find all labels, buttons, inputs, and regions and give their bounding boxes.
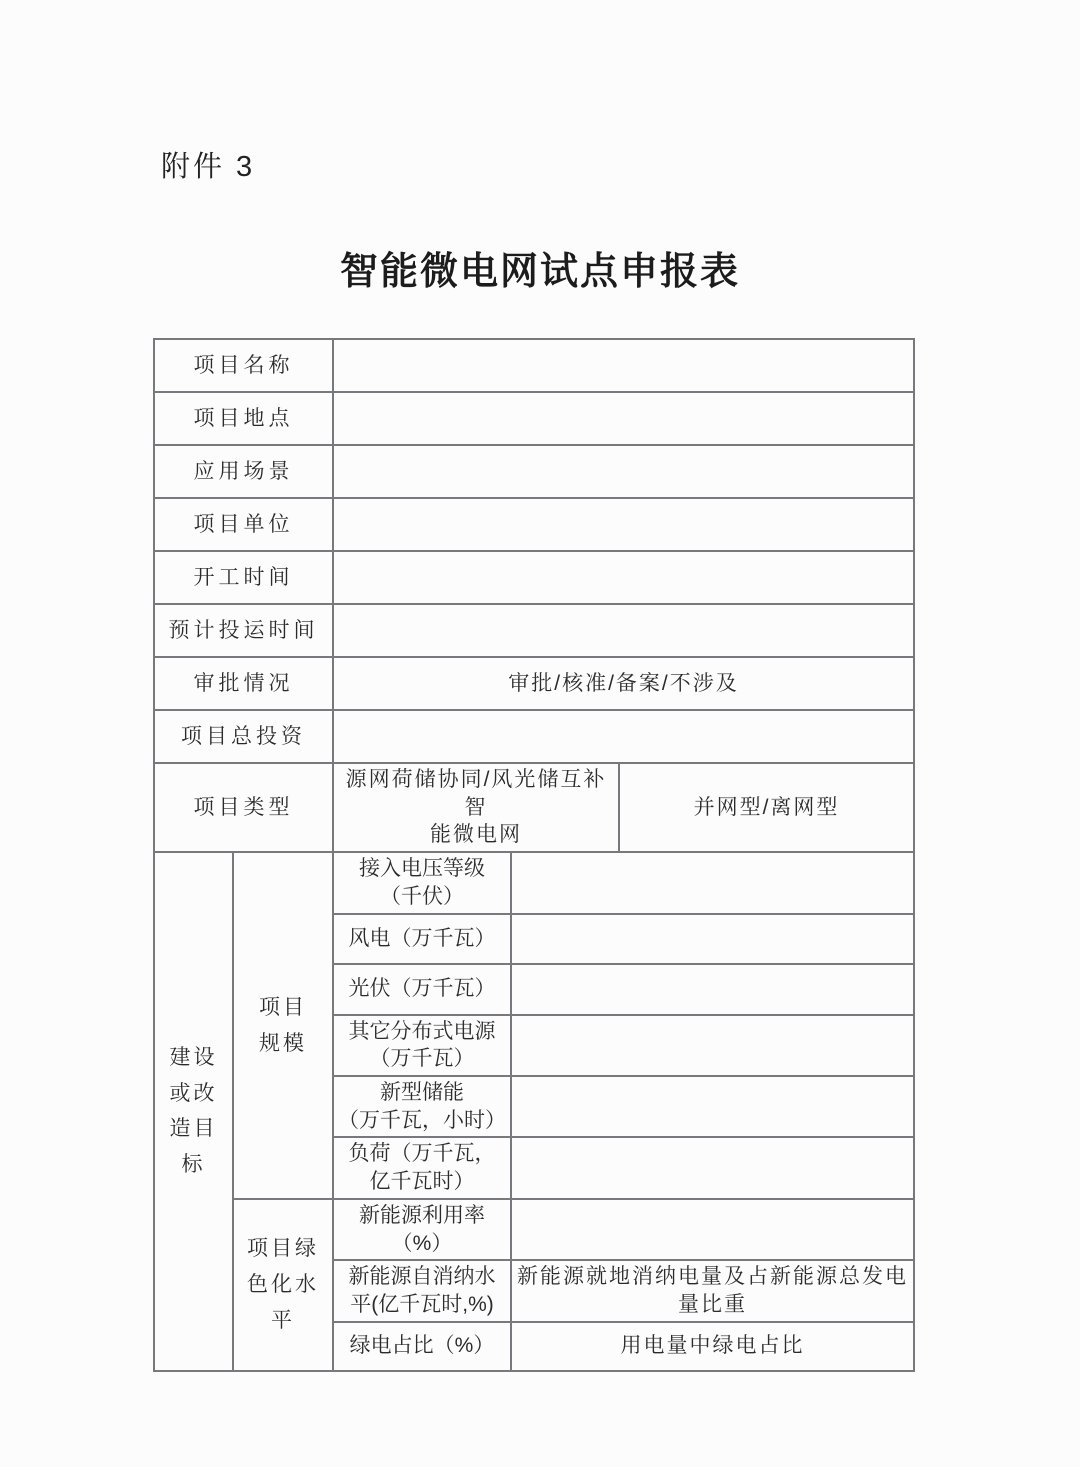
row-label-approval-status: 审批情况 [154,657,333,710]
scale-row-label-new-energy-storage: 新型储能 （万千瓦，小时） [333,1076,511,1137]
attachment-label: 附件 3 [161,144,255,185]
table-row: 应用场景 [154,445,914,498]
row-value-project-unit [333,498,914,551]
project-type-option-right: 并网型/离网型 [619,763,914,852]
table-row: 开工时间 [154,551,914,604]
scale-row-value-other-distributed-power [511,1015,914,1076]
table-row: 建设 或改 造目 标 项目 规模 接入电压等级 （千伏） [154,852,914,913]
row-label-application-scenario: 应用场景 [154,445,333,498]
row-value-project-location [333,392,914,445]
table-row: 项目地点 [154,392,914,445]
scale-row-value-solar-power [511,964,914,1015]
table-row: 项目名称 [154,339,914,392]
scale-row-label-voltage-level: 接入电压等级 （千伏） [333,852,511,913]
goals-section-label: 建设 或改 造目 标 [154,852,233,1371]
row-value-expected-operation-time [333,604,914,657]
table-row: 项目单位 [154,498,914,551]
green-row-label-utilization-rate: 新能源利用率 （%） [333,1199,511,1260]
scale-group-label: 项目 规模 [233,852,333,1199]
row-label-expected-operation-time: 预计投运时间 [154,604,333,657]
row-label-project-location: 项目地点 [154,392,333,445]
table-row: 审批情况 审批/核准/备案/不涉及 [154,657,914,710]
row-value-approval-status: 审批/核准/备案/不涉及 [333,657,914,710]
row-value-application-scenario [333,445,914,498]
scale-row-value-voltage-level [511,852,914,913]
scale-row-value-wind-power [511,914,914,964]
table-row: 预计投运时间 [154,604,914,657]
green-row-label-green-power-ratio: 绿电占比（%） [333,1322,511,1371]
green-row-value-green-power-ratio: 用电量中绿电占比 [511,1322,914,1371]
scale-row-value-new-energy-storage [511,1076,914,1137]
row-value-total-investment [333,710,914,763]
scale-row-label-wind-power: 风电（万千瓦） [333,914,511,964]
green-row-label-self-consumption: 新能源自消纳水 平(亿千瓦时,%) [333,1260,511,1321]
row-label-project-unit: 项目单位 [154,498,333,551]
green-row-value-self-consumption: 新能源就地消纳电量及占新能源总发电 量比重 [511,1260,914,1321]
row-value-project-name [333,339,914,392]
row-label-project-name: 项目名称 [154,339,333,392]
project-type-option-left: 源网荷储协同/风光储互补智 能微电网 [333,763,619,852]
green-group-label: 项目绿 色化水 平 [233,1199,333,1371]
scale-row-label-load: 负荷（万千瓦， 亿千瓦时） [333,1137,511,1198]
scale-row-label-solar-power: 光伏（万千瓦） [333,964,511,1015]
table-row: 项目总投资 [154,710,914,763]
table-row-project-type: 项目类型 源网荷储协同/风光储互补智 能微电网 并网型/离网型 [154,763,914,852]
table-row: 项目绿 色化水 平 新能源利用率 （%） [154,1199,914,1260]
row-label-total-investment: 项目总投资 [154,710,333,763]
row-value-start-time [333,551,914,604]
document-page: 附件 3 智能微电网试点申报表 项目名称 项目地点 应用场景 [0,0,1080,1467]
page-title: 智能微电网试点申报表 [0,240,1080,295]
scale-row-label-other-distributed-power: 其它分布式电源 （万千瓦） [333,1015,511,1076]
scale-row-value-load [511,1137,914,1198]
row-label-project-type: 项目类型 [154,763,333,852]
row-label-start-time: 开工时间 [154,551,333,604]
application-form-table: 项目名称 项目地点 应用场景 项目单位 开工时间 预计投运时间 [153,338,915,1372]
green-row-value-utilization-rate [511,1199,914,1260]
